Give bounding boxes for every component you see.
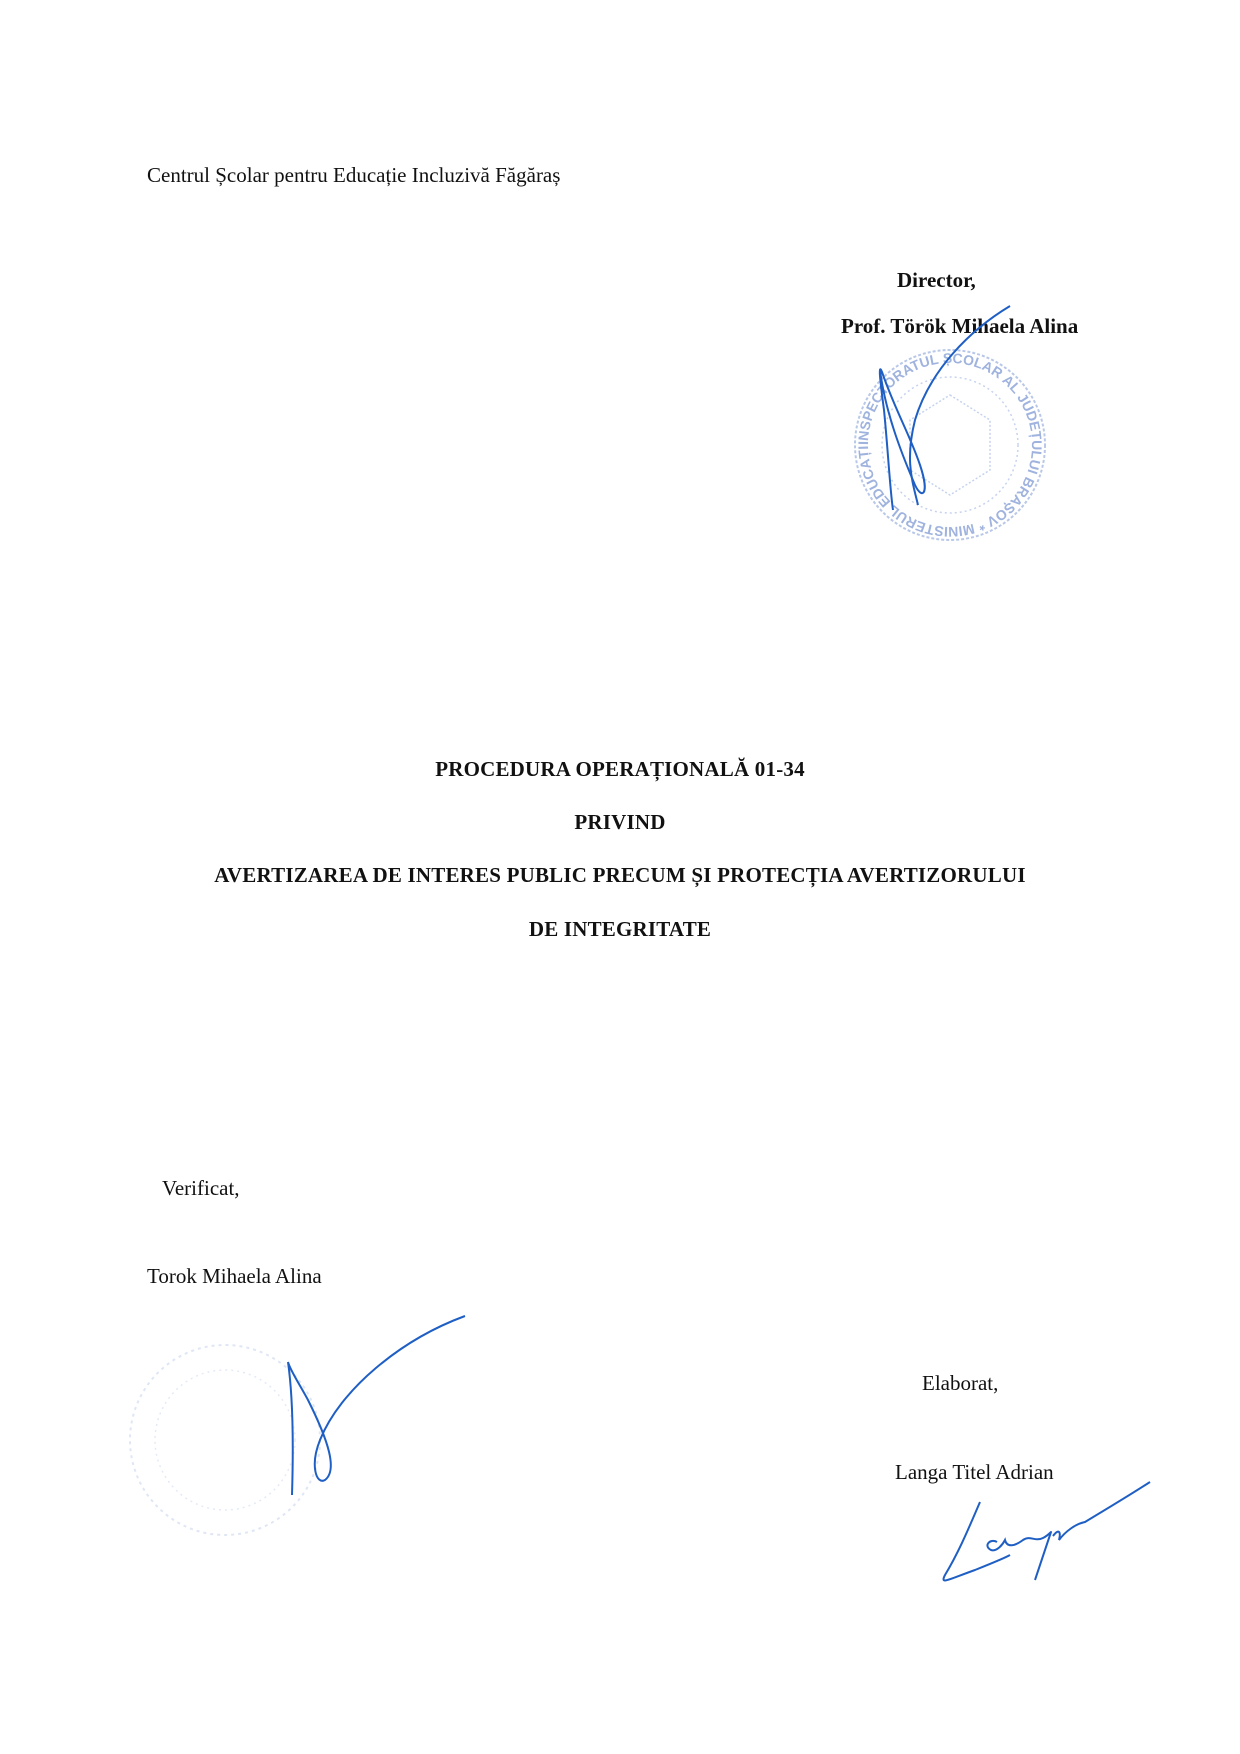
institution-name: Centrul Școlar pentru Educație Incluzivă…: [147, 163, 560, 188]
verified-label: Verificat,: [162, 1176, 240, 1201]
procedure-title: PROCEDURA OPERAȚIONALĂ 01-34: [0, 757, 1240, 782]
verifier-signature: [280, 1310, 480, 1510]
verified-name: Torok Mihaela Alina: [147, 1264, 322, 1289]
elaborated-label: Elaborat,: [922, 1371, 998, 1396]
approval-role: Director,: [897, 268, 976, 293]
procedure-subject-cont: DE INTEGRITATE: [0, 917, 1240, 942]
author-signature: [935, 1480, 1155, 1590]
procedure-subtitle: PRIVIND: [0, 810, 1240, 835]
procedure-subject: AVERTIZAREA DE INTERES PUBLIC PRECUM ȘI …: [0, 863, 1240, 888]
director-signature: [860, 300, 1020, 520]
